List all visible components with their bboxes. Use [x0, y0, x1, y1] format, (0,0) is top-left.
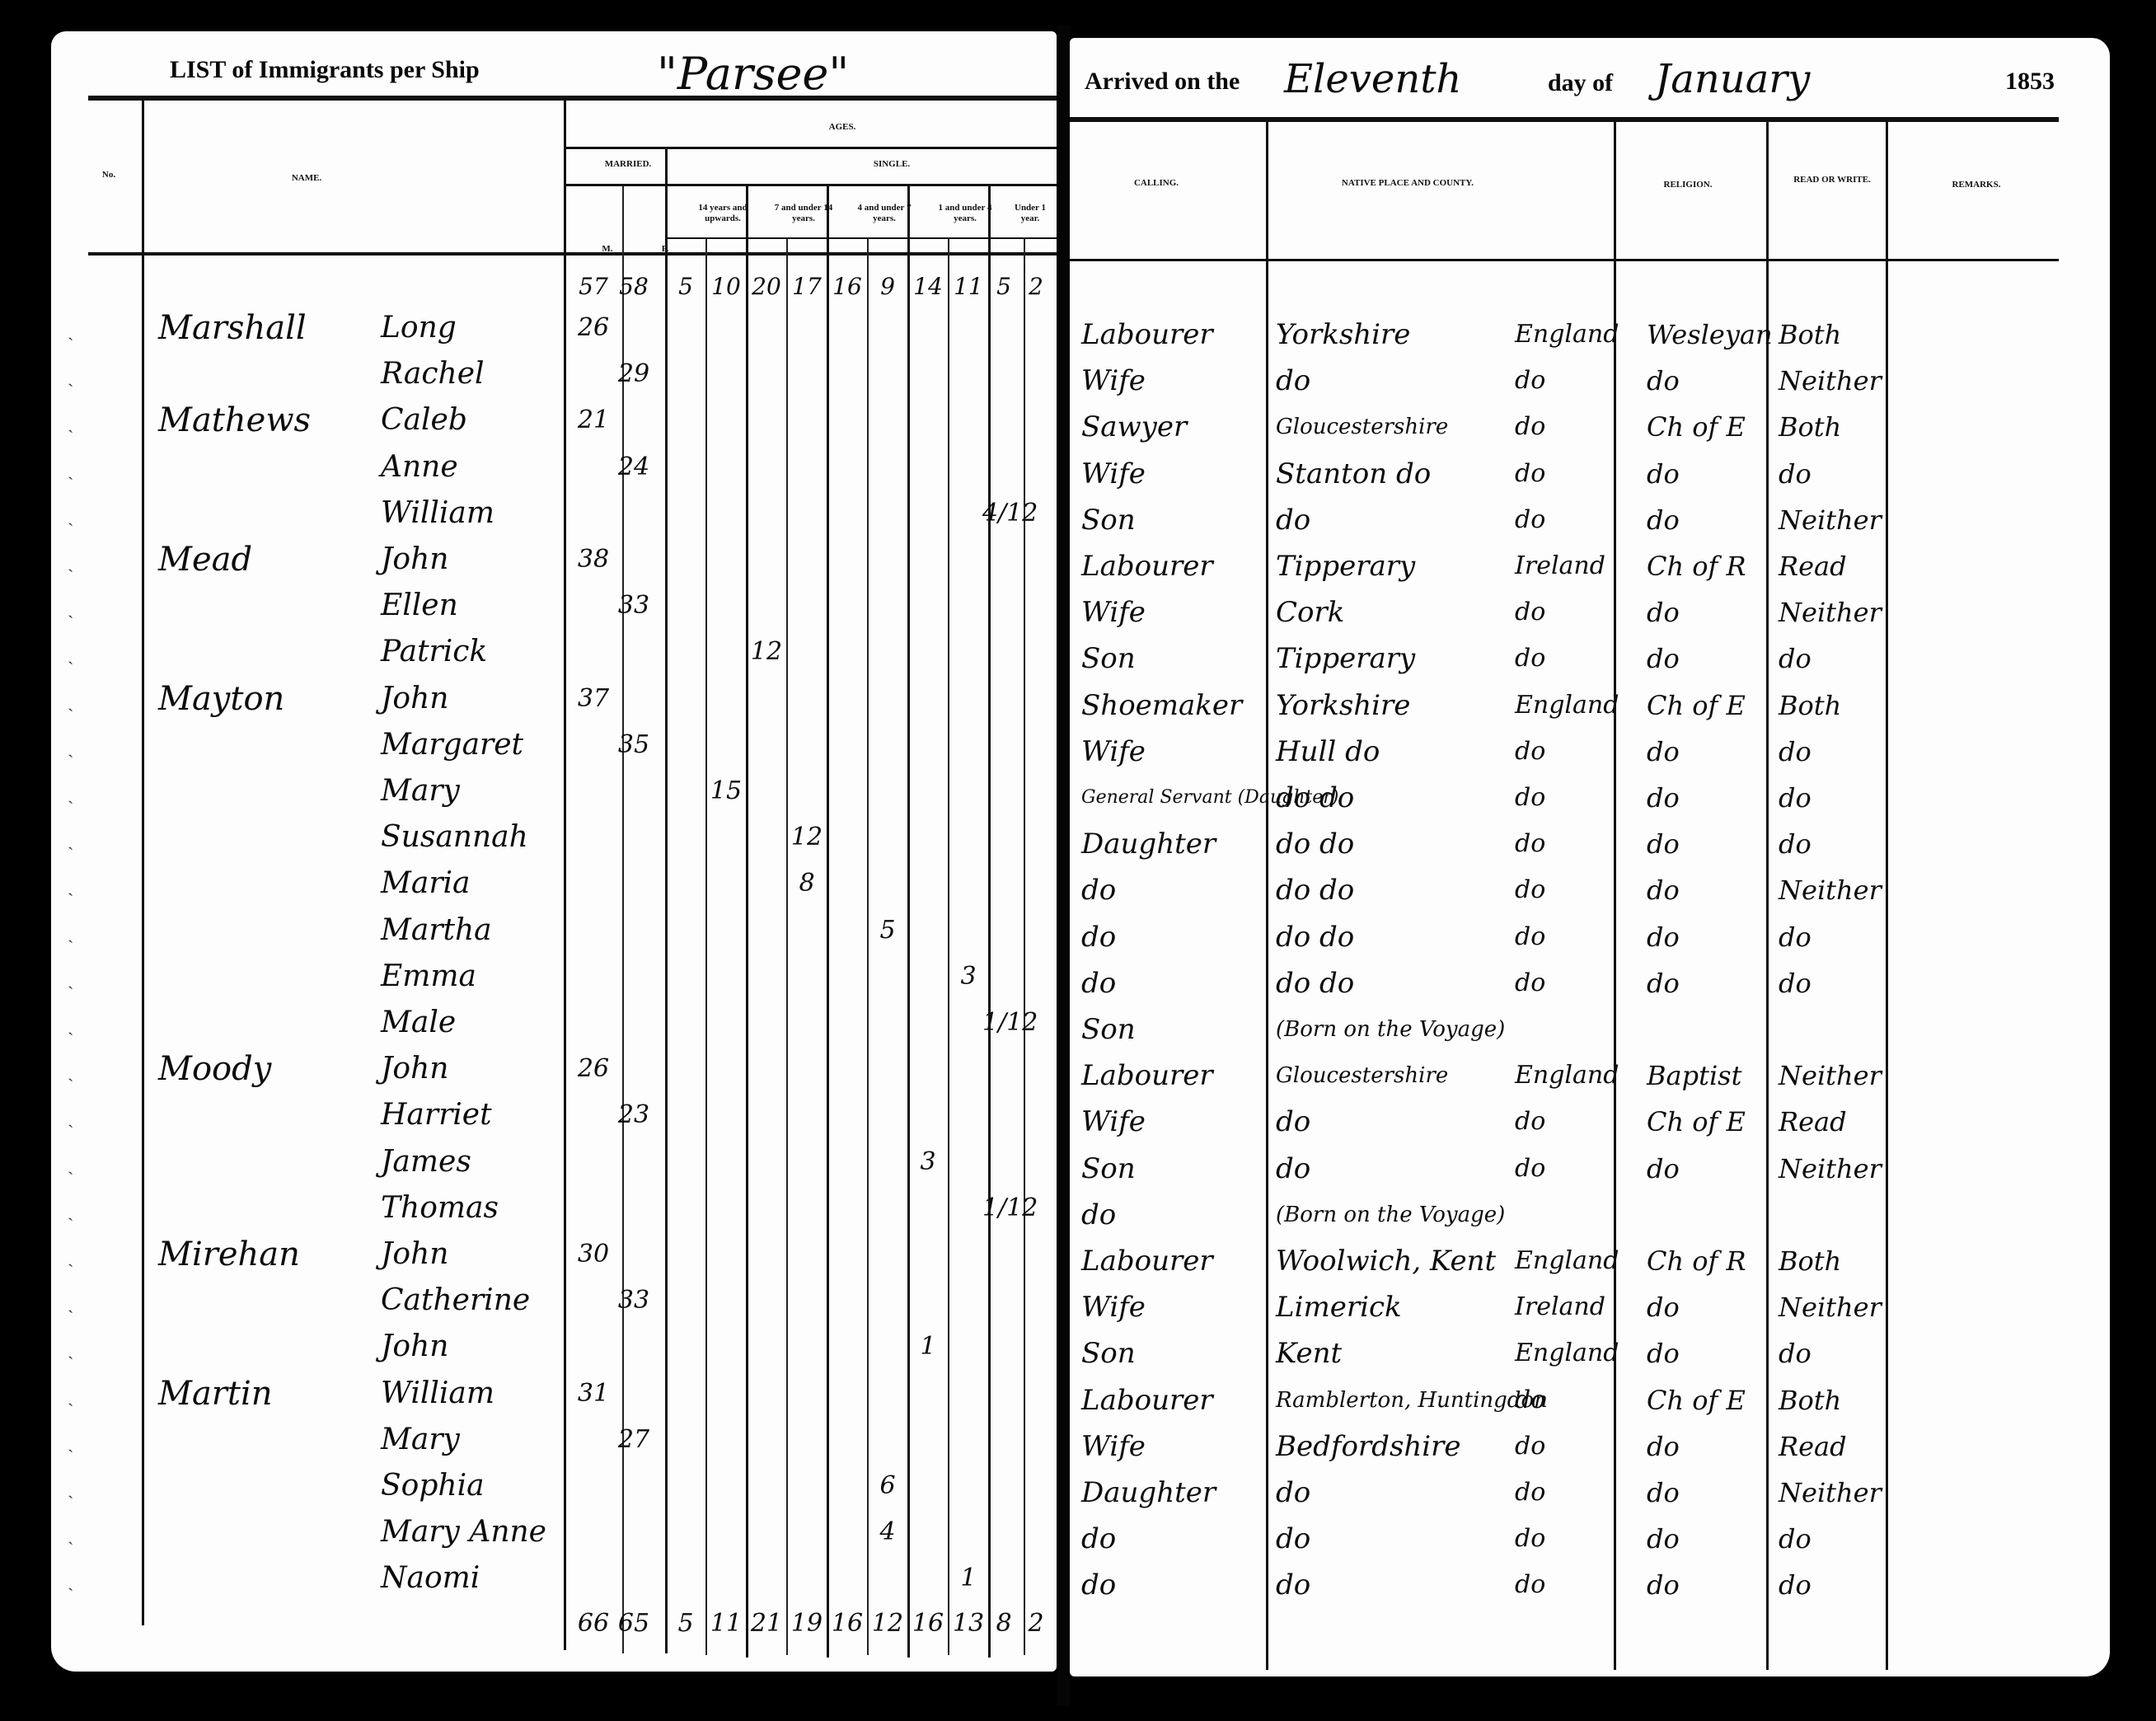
- total-s14-f: 11: [705, 1607, 748, 1640]
- read-or-write: Read: [1779, 1105, 1886, 1138]
- rule-g1: [746, 186, 748, 1658]
- row-check-mark: ˏ: [68, 1292, 73, 1314]
- read-or-write: Neither: [1779, 364, 1886, 397]
- calling: Daughter: [1081, 1476, 1267, 1509]
- given-name: Sophia: [381, 1470, 562, 1503]
- calling: do: [1081, 921, 1267, 954]
- native-place: do: [1276, 1522, 1523, 1555]
- native-place: do do: [1276, 967, 1523, 1000]
- given-name: Emma: [381, 960, 562, 993]
- county: England: [1515, 1245, 1614, 1278]
- given-name: Patrick: [381, 635, 562, 668]
- native-place: do: [1276, 364, 1523, 397]
- age-s1f: 1: [947, 1562, 990, 1595]
- age-mm: 26: [572, 1053, 615, 1086]
- row-check-mark: ˏ: [68, 1478, 73, 1499]
- calling: Sawyer: [1081, 410, 1267, 443]
- read-or-write: Neither: [1779, 1291, 1886, 1324]
- given-name: William: [381, 497, 562, 530]
- given-name: Rachel: [381, 358, 562, 391]
- row-check-mark: ˏ: [68, 1386, 73, 1407]
- col-header-read-write: READ OR WRITE.: [1766, 175, 1898, 185]
- row-check-mark: ˏ: [68, 1015, 73, 1036]
- county: do: [1515, 1522, 1614, 1555]
- read-or-write: do: [1779, 781, 1886, 814]
- given-name: Caleb: [381, 404, 562, 437]
- married-single-rule: [566, 184, 1057, 186]
- read-or-write: do: [1779, 457, 1886, 490]
- row-check-mark: ˏ: [68, 1200, 73, 1222]
- col-header-under-1: Under 1 year.: [1007, 203, 1053, 224]
- right-page: Arrived on the Eleventh day of January 1…: [1070, 38, 2110, 1676]
- religion: Ch of E: [1647, 689, 1762, 722]
- col-header-remarks: REMARKS.: [1894, 180, 2059, 190]
- age-mf: 29: [612, 358, 655, 391]
- age-mf: 33: [612, 589, 655, 622]
- read-or-write: Both: [1779, 1384, 1886, 1417]
- carried-forward-s1-m: 14: [907, 270, 949, 303]
- carried-forward-s14-f: 10: [705, 270, 748, 303]
- row-check-mark: ˏ: [68, 829, 73, 851]
- calling: Wife: [1081, 596, 1267, 629]
- rule-g2: [827, 186, 829, 1658]
- read-or-write: Neither: [1779, 504, 1886, 537]
- religion: Ch of E: [1647, 1384, 1762, 1417]
- read-or-write: do: [1779, 967, 1886, 1000]
- native-place: Yorkshire: [1276, 689, 1523, 722]
- age-mm: 37: [572, 682, 615, 715]
- row-check-mark: ˏ: [68, 1246, 73, 1268]
- col-header-name: NAME.: [257, 173, 356, 184]
- county: do: [1515, 828, 1614, 860]
- row-check-mark: ˏ: [68, 412, 73, 434]
- place-col-rule: [1614, 120, 1616, 1670]
- native-place: Yorkshire: [1276, 318, 1523, 351]
- county: do: [1515, 874, 1614, 907]
- native-place: do do: [1276, 874, 1523, 907]
- row-check-mark: ˏ: [68, 922, 73, 944]
- row-check-mark: ˏ: [68, 1107, 73, 1128]
- given-name: Mary: [381, 1423, 562, 1456]
- religion: do: [1647, 1152, 1762, 1185]
- calling: do: [1081, 1569, 1267, 1601]
- religion: do: [1647, 1337, 1762, 1370]
- given-name: John: [381, 543, 562, 576]
- calling: Son: [1081, 1152, 1267, 1185]
- carried-forward-s7-m: 20: [745, 270, 788, 303]
- calling: Son: [1081, 504, 1267, 537]
- header-rule-right: [1070, 117, 2059, 122]
- calling: Son: [1081, 1337, 1267, 1370]
- religion: do: [1647, 1430, 1762, 1463]
- religion: do: [1647, 735, 1762, 768]
- county: do: [1515, 1430, 1614, 1463]
- native-place: do do: [1276, 828, 1523, 860]
- readwrite-col-rule: [1886, 120, 1888, 1670]
- county: do: [1515, 1152, 1614, 1185]
- ship-name: "Parsee": [657, 48, 849, 100]
- religion: Wesleyan: [1647, 318, 1762, 351]
- county: do: [1515, 1476, 1614, 1509]
- read-or-write: Neither: [1779, 596, 1886, 629]
- read-or-write: Both: [1779, 1245, 1886, 1278]
- religion: do: [1647, 1291, 1762, 1324]
- read-or-write: Read: [1779, 1430, 1886, 1463]
- given-name: Catherine: [381, 1284, 562, 1317]
- county: do: [1515, 735, 1614, 768]
- calling: Wife: [1081, 457, 1267, 490]
- col-header-age-4-7: 4 and under 7 years.: [847, 203, 921, 224]
- row-check-mark: ˏ: [68, 551, 73, 573]
- given-name: Male: [381, 1006, 562, 1039]
- religion: do: [1647, 781, 1762, 814]
- given-name: Long: [381, 312, 562, 345]
- surname: Mathews: [158, 404, 389, 437]
- total-s7-f: 19: [785, 1607, 828, 1640]
- given-name: Martha: [381, 914, 562, 947]
- native-place: do: [1276, 1152, 1523, 1185]
- carried-forward-u1-f: 2: [1015, 270, 1057, 303]
- calling: Labourer: [1081, 550, 1267, 583]
- arrival-year: 1853: [2005, 68, 2055, 96]
- religion: do: [1647, 364, 1762, 397]
- row-check-mark: ˏ: [68, 505, 73, 527]
- calling: Wife: [1081, 364, 1267, 397]
- list-title: LIST of Immigrants per Ship: [170, 56, 480, 84]
- surname: Moody: [158, 1053, 389, 1086]
- native-place: do: [1276, 1569, 1523, 1601]
- married-single-col-rule: [665, 149, 668, 1653]
- day-of-label: day of: [1548, 69, 1613, 97]
- county: do: [1515, 410, 1614, 443]
- native-place: Cork: [1276, 596, 1523, 629]
- col-header-calling: CALLING.: [1086, 178, 1226, 189]
- given-name: Maria: [381, 867, 562, 900]
- calling: General Servant (Daughter): [1081, 781, 1267, 814]
- native-place: Stanton do: [1276, 457, 1523, 490]
- carried-forward-s4-f: 9: [866, 270, 909, 303]
- age-s1f: 3: [947, 960, 990, 993]
- surname: Mirehan: [158, 1238, 389, 1271]
- read-or-write: Neither: [1779, 1059, 1886, 1092]
- county: England: [1515, 318, 1614, 351]
- religion: do: [1647, 1522, 1762, 1555]
- age-u1m: 4/12: [982, 497, 1025, 530]
- read-or-write: Neither: [1779, 874, 1886, 907]
- col-header-age-14-up: 14 years and upwards.: [686, 203, 760, 224]
- age-mm: 38: [572, 543, 615, 576]
- calling: do: [1081, 1522, 1267, 1555]
- rule-g4: [988, 186, 991, 1658]
- religion: do: [1647, 642, 1762, 675]
- native-place: Bedfordshire: [1276, 1430, 1523, 1463]
- religion: do: [1647, 1569, 1762, 1601]
- age-s4f: 5: [866, 914, 909, 947]
- given-name: John: [381, 682, 562, 715]
- row-check-mark: ˏ: [68, 459, 73, 481]
- given-name: John: [381, 1053, 562, 1086]
- given-name: Thomas: [381, 1192, 562, 1225]
- rule-s7: [786, 237, 788, 1655]
- native-place: do: [1276, 504, 1523, 537]
- read-or-write: Both: [1779, 689, 1886, 722]
- given-name: Mary Anne: [381, 1516, 562, 1549]
- row-check-mark: ˏ: [68, 366, 73, 387]
- calling: Labourer: [1081, 1384, 1267, 1417]
- carried-forward-married-m: 57: [572, 270, 615, 303]
- rule-s14: [705, 237, 707, 1655]
- carried-forward-s7-f: 17: [785, 270, 828, 303]
- county: England: [1515, 1059, 1614, 1092]
- age-s1m: 3: [907, 1146, 949, 1179]
- age-u1m: 1/12: [982, 1006, 1025, 1039]
- col-header-no: No.: [96, 170, 121, 181]
- carried-forward-s14-m: 5: [664, 270, 707, 303]
- religion: do: [1647, 967, 1762, 1000]
- county: do: [1515, 781, 1614, 814]
- calling: Labourer: [1081, 318, 1267, 351]
- religion: Ch of E: [1647, 1105, 1762, 1138]
- native-place: do: [1276, 1105, 1523, 1138]
- given-name: Mary: [381, 775, 562, 808]
- county: do: [1515, 596, 1614, 629]
- row-check-mark: ˏ: [68, 691, 73, 712]
- read-or-write: do: [1779, 735, 1886, 768]
- native-place: Woolwich, Kent: [1276, 1245, 1523, 1278]
- county: do: [1515, 921, 1614, 954]
- given-name: Margaret: [381, 729, 562, 762]
- calling: Son: [1081, 1013, 1267, 1046]
- age-mm: 30: [572, 1238, 615, 1271]
- col-header-religion: RELIGION.: [1618, 180, 1758, 190]
- given-name: William: [381, 1377, 562, 1410]
- native-place: do: [1276, 1476, 1523, 1509]
- county: England: [1515, 689, 1614, 722]
- religion: do: [1647, 457, 1762, 490]
- county: Ireland: [1515, 550, 1614, 583]
- native-place: do do: [1276, 781, 1523, 814]
- native-place: do do: [1276, 921, 1523, 954]
- native-place: Hull do: [1276, 735, 1523, 768]
- calling: Shoemaker: [1081, 689, 1267, 722]
- religion: do: [1647, 1476, 1762, 1509]
- age-s1m: 1: [907, 1330, 949, 1363]
- age-mf: 35: [612, 729, 655, 762]
- calling: Wife: [1081, 1291, 1267, 1324]
- surname: Martin: [158, 1377, 389, 1410]
- age-s7f: 8: [785, 867, 828, 900]
- name-col-rule: [564, 101, 566, 1650]
- read-or-write: do: [1779, 1569, 1886, 1601]
- given-name: Ellen: [381, 589, 562, 622]
- age-s7m: 12: [745, 635, 788, 668]
- age-s4f: 6: [866, 1470, 909, 1503]
- rule-s1: [948, 237, 949, 1655]
- read-or-write: do: [1779, 921, 1886, 954]
- age-mf: 24: [612, 451, 655, 484]
- native-place: Gloucestershire: [1276, 410, 1523, 443]
- header-rule: [88, 96, 1057, 101]
- read-or-write: do: [1779, 642, 1886, 675]
- total-u1-f: 2: [1015, 1607, 1057, 1640]
- left-page: LIST of Immigrants per Ship "Parsee" No.…: [51, 31, 1057, 1672]
- native-place: (Born on the Voyage): [1276, 1198, 1523, 1231]
- native-place: Kent: [1276, 1337, 1523, 1370]
- age-mf: 27: [612, 1423, 655, 1456]
- read-or-write: do: [1779, 1337, 1886, 1370]
- row-check-mark: ˏ: [68, 1339, 73, 1360]
- religion: do: [1647, 596, 1762, 629]
- total-married-m: 66: [572, 1607, 615, 1640]
- county: do: [1515, 642, 1614, 675]
- total-s4-f: 12: [866, 1607, 909, 1640]
- native-place: (Born on the Voyage): [1276, 1013, 1523, 1046]
- calling: do: [1081, 967, 1267, 1000]
- given-name: Naomi: [381, 1562, 562, 1595]
- no-col-rule: [142, 101, 144, 1625]
- row-check-mark: ˏ: [68, 1061, 73, 1082]
- row-check-mark: ˏ: [68, 598, 73, 619]
- religion: Ch of R: [1647, 550, 1762, 583]
- col-header-age-7-14: 7 and under 14 years.: [766, 203, 841, 224]
- given-name: Anne: [381, 451, 562, 484]
- native-place: Tipperary: [1276, 642, 1523, 675]
- age-u1m: 1/12: [982, 1192, 1025, 1225]
- row-check-mark: ˏ: [68, 1570, 73, 1592]
- surname: Mayton: [158, 682, 389, 715]
- table-header-bottom-rule-right: [1070, 259, 2059, 261]
- total-s4-m: 16: [826, 1607, 869, 1640]
- calling: do: [1081, 874, 1267, 907]
- age-mf: 23: [612, 1099, 655, 1132]
- arrived-label: Arrived on the: [1085, 68, 1240, 96]
- age-mm: 31: [572, 1377, 615, 1410]
- calling: Daughter: [1081, 828, 1267, 860]
- county: do: [1515, 457, 1614, 490]
- calling: do: [1081, 1198, 1267, 1231]
- col-header-native-place: NATIVE PLACE AND COUNTY.: [1268, 178, 1548, 189]
- col-header-age-1-4: 1 and under 4 years.: [928, 203, 1002, 224]
- read-or-write: Both: [1779, 318, 1886, 351]
- religion: Ch of R: [1647, 1245, 1762, 1278]
- mf-rule: [665, 237, 1057, 239]
- religion: do: [1647, 874, 1762, 907]
- col-header-married: MARRIED.: [579, 159, 677, 170]
- given-name: John: [381, 1238, 562, 1271]
- native-place: Ramblerton, Huntingdon: [1276, 1384, 1523, 1417]
- row-check-mark: ˏ: [68, 1432, 73, 1453]
- surname: Marshall: [158, 312, 389, 345]
- ages-rule: [566, 147, 1057, 149]
- total-s14-m: 5: [664, 1607, 707, 1640]
- read-or-write: Read: [1779, 550, 1886, 583]
- religion: Baptist: [1647, 1059, 1762, 1092]
- arrival-day: Eleventh: [1284, 56, 1461, 102]
- age-mf: 33: [612, 1284, 655, 1317]
- county: England: [1515, 1337, 1614, 1370]
- religion: Ch of E: [1647, 410, 1762, 443]
- religion-col-rule: [1766, 120, 1769, 1670]
- native-place: Tipperary: [1276, 550, 1523, 583]
- carried-forward-married-f: 58: [612, 270, 655, 303]
- county: do: [1515, 967, 1614, 1000]
- county: do: [1515, 1105, 1614, 1138]
- calling: Son: [1081, 642, 1267, 675]
- read-or-write: Neither: [1779, 1476, 1886, 1509]
- calling: Wife: [1081, 735, 1267, 768]
- total-married-f: 65: [612, 1607, 655, 1640]
- row-check-mark: ˏ: [68, 968, 73, 990]
- surname: Mead: [158, 543, 389, 576]
- calling: Wife: [1081, 1430, 1267, 1463]
- total-s7-m: 21: [745, 1607, 788, 1640]
- calling: Labourer: [1081, 1059, 1267, 1092]
- row-check-mark: ˏ: [68, 875, 73, 897]
- col-header-single: SINGLE.: [842, 159, 941, 170]
- calling: Wife: [1081, 1105, 1267, 1138]
- book-spine: [1057, 25, 1070, 1706]
- total-s1-m: 16: [907, 1607, 949, 1640]
- religion: do: [1647, 921, 1762, 954]
- religion: do: [1647, 504, 1762, 537]
- county: Ireland: [1515, 1291, 1614, 1324]
- table-header-bottom-rule: [88, 252, 1057, 256]
- age-s4f: 4: [866, 1516, 909, 1549]
- row-check-mark: ˏ: [68, 737, 73, 758]
- read-or-write: Both: [1779, 410, 1886, 443]
- read-or-write: do: [1779, 1522, 1886, 1555]
- row-check-mark: ˏ: [68, 783, 73, 804]
- row-check-mark: ˏ: [68, 320, 73, 341]
- county: do: [1515, 504, 1614, 537]
- arrival-month: January: [1655, 56, 1810, 102]
- age-s7f: 12: [785, 821, 828, 854]
- read-or-write: do: [1779, 828, 1886, 860]
- age-mm: 21: [572, 404, 615, 437]
- county: do: [1515, 364, 1614, 397]
- row-check-mark: ˏ: [68, 1154, 73, 1175]
- rule-u1: [1024, 237, 1025, 1655]
- county: do: [1515, 1569, 1614, 1601]
- carried-forward-s4-m: 16: [826, 270, 869, 303]
- calling: Labourer: [1081, 1245, 1267, 1278]
- given-name: Susannah: [381, 821, 562, 854]
- native-place: Limerick: [1276, 1291, 1523, 1324]
- col-header-ages: AGES.: [793, 122, 892, 133]
- county: do: [1515, 1384, 1614, 1417]
- religion: do: [1647, 828, 1762, 860]
- read-or-write: Neither: [1779, 1152, 1886, 1185]
- row-check-mark: ˏ: [68, 644, 73, 665]
- age-mm: 26: [572, 312, 615, 345]
- given-name: John: [381, 1330, 562, 1363]
- given-name: Harriet: [381, 1099, 562, 1132]
- given-name: James: [381, 1146, 562, 1179]
- native-place: Gloucestershire: [1276, 1059, 1523, 1092]
- age-s14f: 15: [705, 775, 748, 808]
- row-check-mark: ˏ: [68, 1524, 73, 1545]
